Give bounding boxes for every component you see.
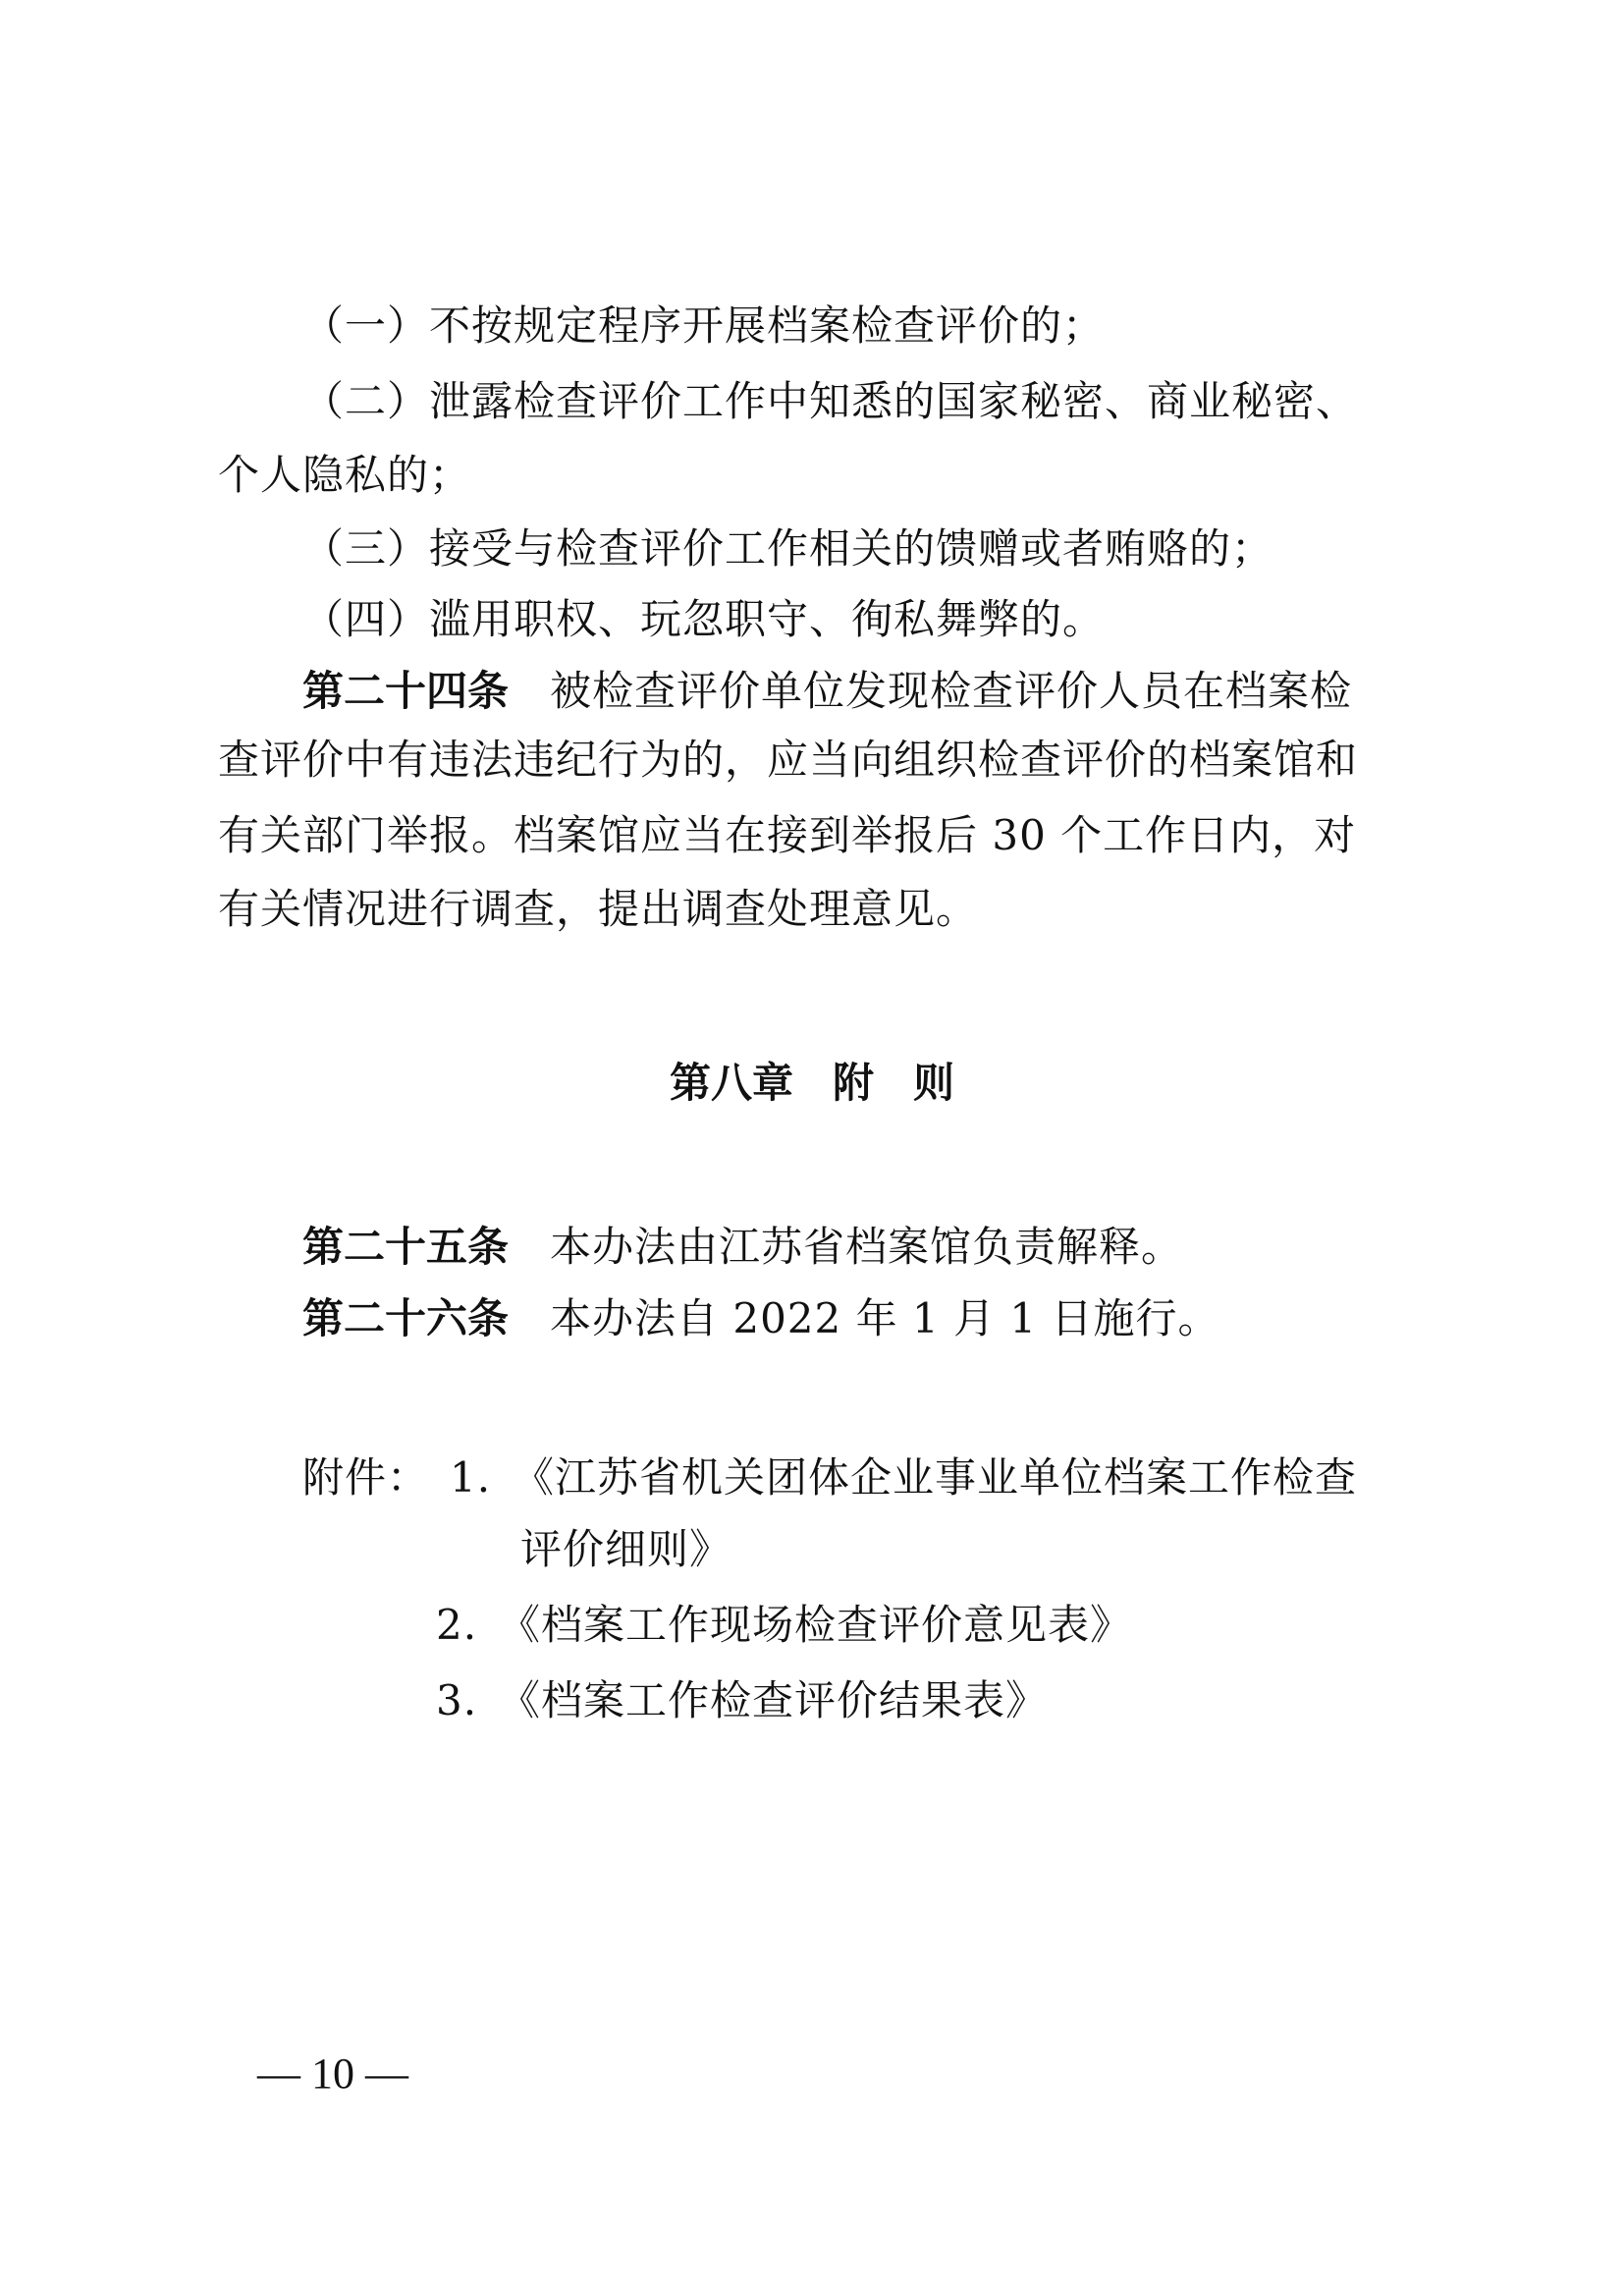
chapter-title-part-1: 附 (833, 1054, 874, 1113)
article-25: 第二十五条本办法由江苏省档案馆负责解释。 (302, 1218, 1183, 1277)
article-26-label: 第二十六条 (302, 1294, 509, 1342)
annex-label: 附件： (302, 1449, 450, 1507)
annex-item-2-title: 《档案工作现场检查评价意见表》 (499, 1601, 1132, 1649)
article-26: 第二十六条本办法自 2022 年 1 月 1 日施行。 (302, 1289, 1219, 1348)
annex-item-3: 3.《档案工作检查评价结果表》 (436, 1671, 1048, 1730)
chapter-number: 第八章 (670, 1054, 793, 1113)
page-number: — 10 — (257, 2050, 408, 2099)
article-25-label: 第二十五条 (302, 1223, 509, 1271)
article-24-line-1: 第二十四条被检查评价单位发现检查评价人员在档案检 (302, 662, 1352, 721)
annex-item-1-title-continued: 评价细则》 (520, 1520, 731, 1579)
article-24-label: 第二十四条 (302, 667, 509, 715)
clause-item-1: （一）不按规定程序开展档案检查评价的； (302, 297, 1105, 355)
clause-item-4: （四）滥用职权、玩忽职守、徇私舞弊的。 (302, 590, 1105, 649)
article-24-line-4: 有关情况进行调查，提出调查处理意见。 (218, 880, 978, 939)
clause-item-3: （三）接受与检查评价工作相关的馈赠或者贿赂的； (302, 519, 1273, 578)
article-25-text: 本办法由江苏省档案馆负责解释。 (550, 1223, 1183, 1271)
article-24-line-2: 查评价中有违法违纪行为的，应当向组织检查评价的档案馆和 (218, 731, 1358, 790)
annex-item-3-title: 《档案工作检查评价结果表》 (499, 1676, 1048, 1724)
annex-item-2: 2.《档案工作现场检查评价意见表》 (436, 1596, 1132, 1655)
article-24-text: 被检查评价单位发现检查评价人员在档案检 (550, 667, 1352, 715)
clause-item-2: （二）泄露检查评价工作中知悉的国家秘密、商业秘密、 (302, 372, 1358, 431)
chapter-heading: 第八章附则 (0, 1054, 1624, 1113)
article-24-line-3: 有关部门举报。档案馆应当在接到举报后 30 个工作日内，对 (218, 806, 1356, 865)
chapter-title-part-2: 则 (913, 1054, 954, 1113)
clause-item-2-continued: 个人隐私的； (218, 446, 471, 505)
annex-item-1-number: 1. (450, 1449, 513, 1507)
annex-item-1: 附件：1.《江苏省机关团体企业事业单位档案工作检查 (302, 1449, 1357, 1507)
annex-item-1-title: 《江苏省机关团体企业事业单位档案工作检查 (513, 1453, 1357, 1502)
annex-item-3-number: 3. (436, 1671, 499, 1730)
article-26-text: 本办法自 2022 年 1 月 1 日施行。 (550, 1294, 1219, 1342)
annex-item-2-number: 2. (436, 1596, 499, 1655)
